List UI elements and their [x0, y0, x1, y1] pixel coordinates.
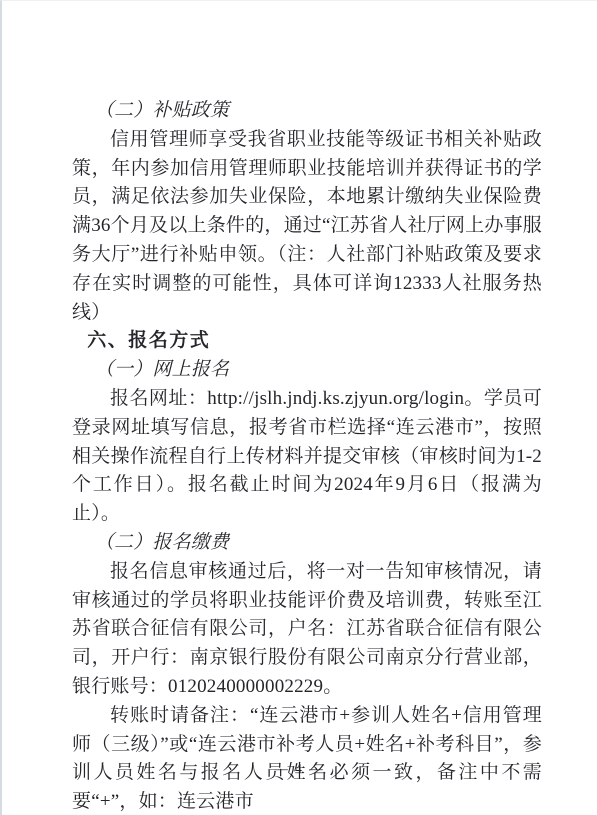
- heading-subsidy-policy: （二）补贴政策: [72, 97, 542, 126]
- paragraph-online-registration-body: 报名网址：http://jslh.jndj.ks.zjyun.org/login…: [72, 385, 542, 529]
- paragraph-subsidy-policy-body: 信用管理师享受我省职业技能等级证书相关补贴政策，年内参加信用管理师职业技能培训并…: [72, 126, 542, 328]
- document-page: （二）补贴政策 信用管理师享受我省职业技能等级证书相关补贴政策，年内参加信用管理…: [0, 0, 597, 815]
- page-number: — 4 —: [2, 761, 597, 777]
- document-content: （二）补贴政策 信用管理师享受我省职业技能等级证书相关补贴政策，年内参加信用管理…: [72, 97, 542, 815]
- heading-online-registration: （一）网上报名: [72, 356, 542, 385]
- heading-registration-payment: （二）报名缴费: [72, 529, 542, 558]
- paragraph-transfer-remark-body: 转账时请备注：“连云港市+参训人姓名+信用管理师（三级）”或“连云港市补考人员+…: [72, 702, 542, 815]
- paragraph-registration-payment-body: 报名信息审核通过后，将一对一告知审核情况，请审核通过的学员将职业技能评价费及培训…: [72, 558, 542, 702]
- heading-section-six-registration-method: 六、报名方式: [72, 327, 542, 356]
